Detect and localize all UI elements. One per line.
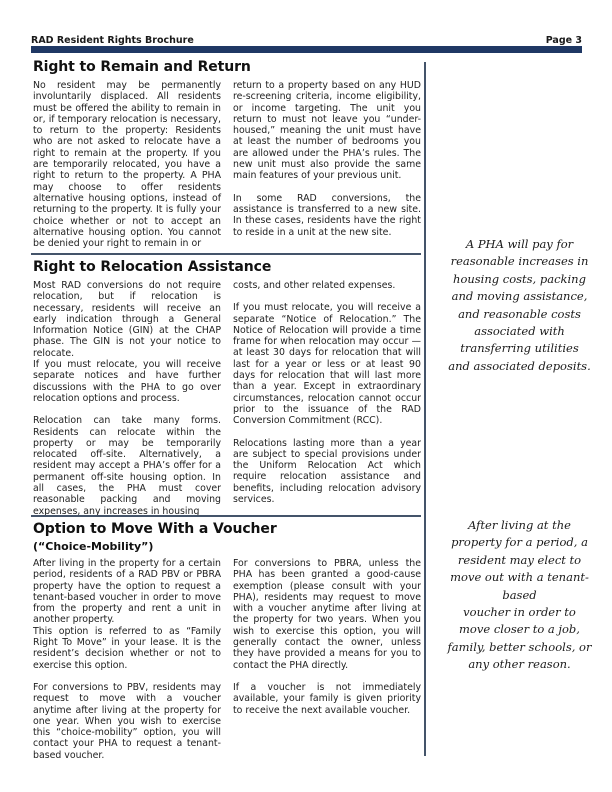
quote-line: and associated deposits. [432, 358, 607, 375]
quote-line: housing costs, packing [432, 271, 607, 288]
section-relocation-left-column: Most RAD conversions do not require relo… [33, 280, 221, 528]
paragraph: In some RAD conversions, the assistance … [233, 193, 421, 238]
paragraph: Relocations lasting more than a year are… [233, 438, 421, 506]
paragraph: If you must relocate, you will receive s… [33, 359, 221, 404]
quote-line: reasonable increases in [432, 253, 607, 270]
quote-line: move out with a tenant- [432, 569, 607, 586]
quote-line: associated with [432, 323, 607, 340]
paragraph: Most RAD conversions do not require relo… [33, 280, 221, 359]
section-voucher-right-column: For conversions to PBRA, unless the PHA … [233, 558, 421, 727]
paragraph: Relocation can take many forms. Resident… [33, 415, 221, 517]
document-title: RAD Resident Rights Brochure [31, 35, 194, 46]
paragraph: For conversions to PBV, residents may re… [33, 682, 221, 761]
page-number: Page 3 [546, 35, 582, 46]
section-divider [31, 515, 421, 517]
section-remain-return-right-column: return to a property based on any HUD re… [233, 80, 421, 249]
section-title-relocation-assistance: Right to Relocation Assistance [33, 259, 271, 275]
section-divider [31, 253, 421, 255]
pull-quote-voucher: After living at the property for a perio… [432, 517, 607, 674]
quote-line: any other reason. [432, 656, 607, 673]
quote-line: A PHA will pay for [432, 236, 607, 253]
quote-line: move closer to a job, [432, 621, 607, 638]
quote-line: based [432, 587, 607, 604]
quote-line: property for a period, a [432, 534, 607, 551]
quote-line: resident may elect to [432, 552, 607, 569]
column-divider [424, 62, 426, 756]
paragraph: This option is referred to as “Family Ri… [33, 626, 221, 671]
paragraph: No resident may be permanently involunta… [33, 80, 221, 249]
section-relocation-right-column: costs, and other related expenses. If yo… [233, 280, 421, 516]
paragraph: After living in the property for a certa… [33, 558, 221, 626]
header-bar [31, 46, 582, 53]
quote-line: After living at the [432, 517, 607, 534]
section-remain-return-left-column: No resident may be permanently involunta… [33, 80, 221, 260]
quote-line: family, better schools, or [432, 639, 607, 656]
paragraph: costs, and other related expenses. [233, 280, 421, 291]
paragraph: For conversions to PBRA, unless the PHA … [233, 558, 421, 671]
section-title-move-with-voucher: Option to Move With a Voucher [33, 521, 277, 537]
quote-line: transferring utilities [432, 340, 607, 357]
paragraph: return to a property based on any HUD re… [233, 80, 421, 182]
paragraph: If you must relocate, you will receive a… [233, 302, 421, 426]
quote-line: and moving assistance, [432, 288, 607, 305]
paragraph: If a voucher is not immediately availabl… [233, 682, 421, 716]
section-subtitle-choice-mobility: (“Choice-Mobility”) [33, 540, 153, 553]
quote-line: voucher in order to [432, 604, 607, 621]
quote-line: and reasonable costs [432, 306, 607, 323]
section-voucher-left-column: After living in the property for a certa… [33, 558, 221, 772]
pull-quote-relocation: A PHA will pay for reasonable increases … [432, 236, 607, 375]
section-title-remain-return: Right to Remain and Return [33, 59, 251, 75]
